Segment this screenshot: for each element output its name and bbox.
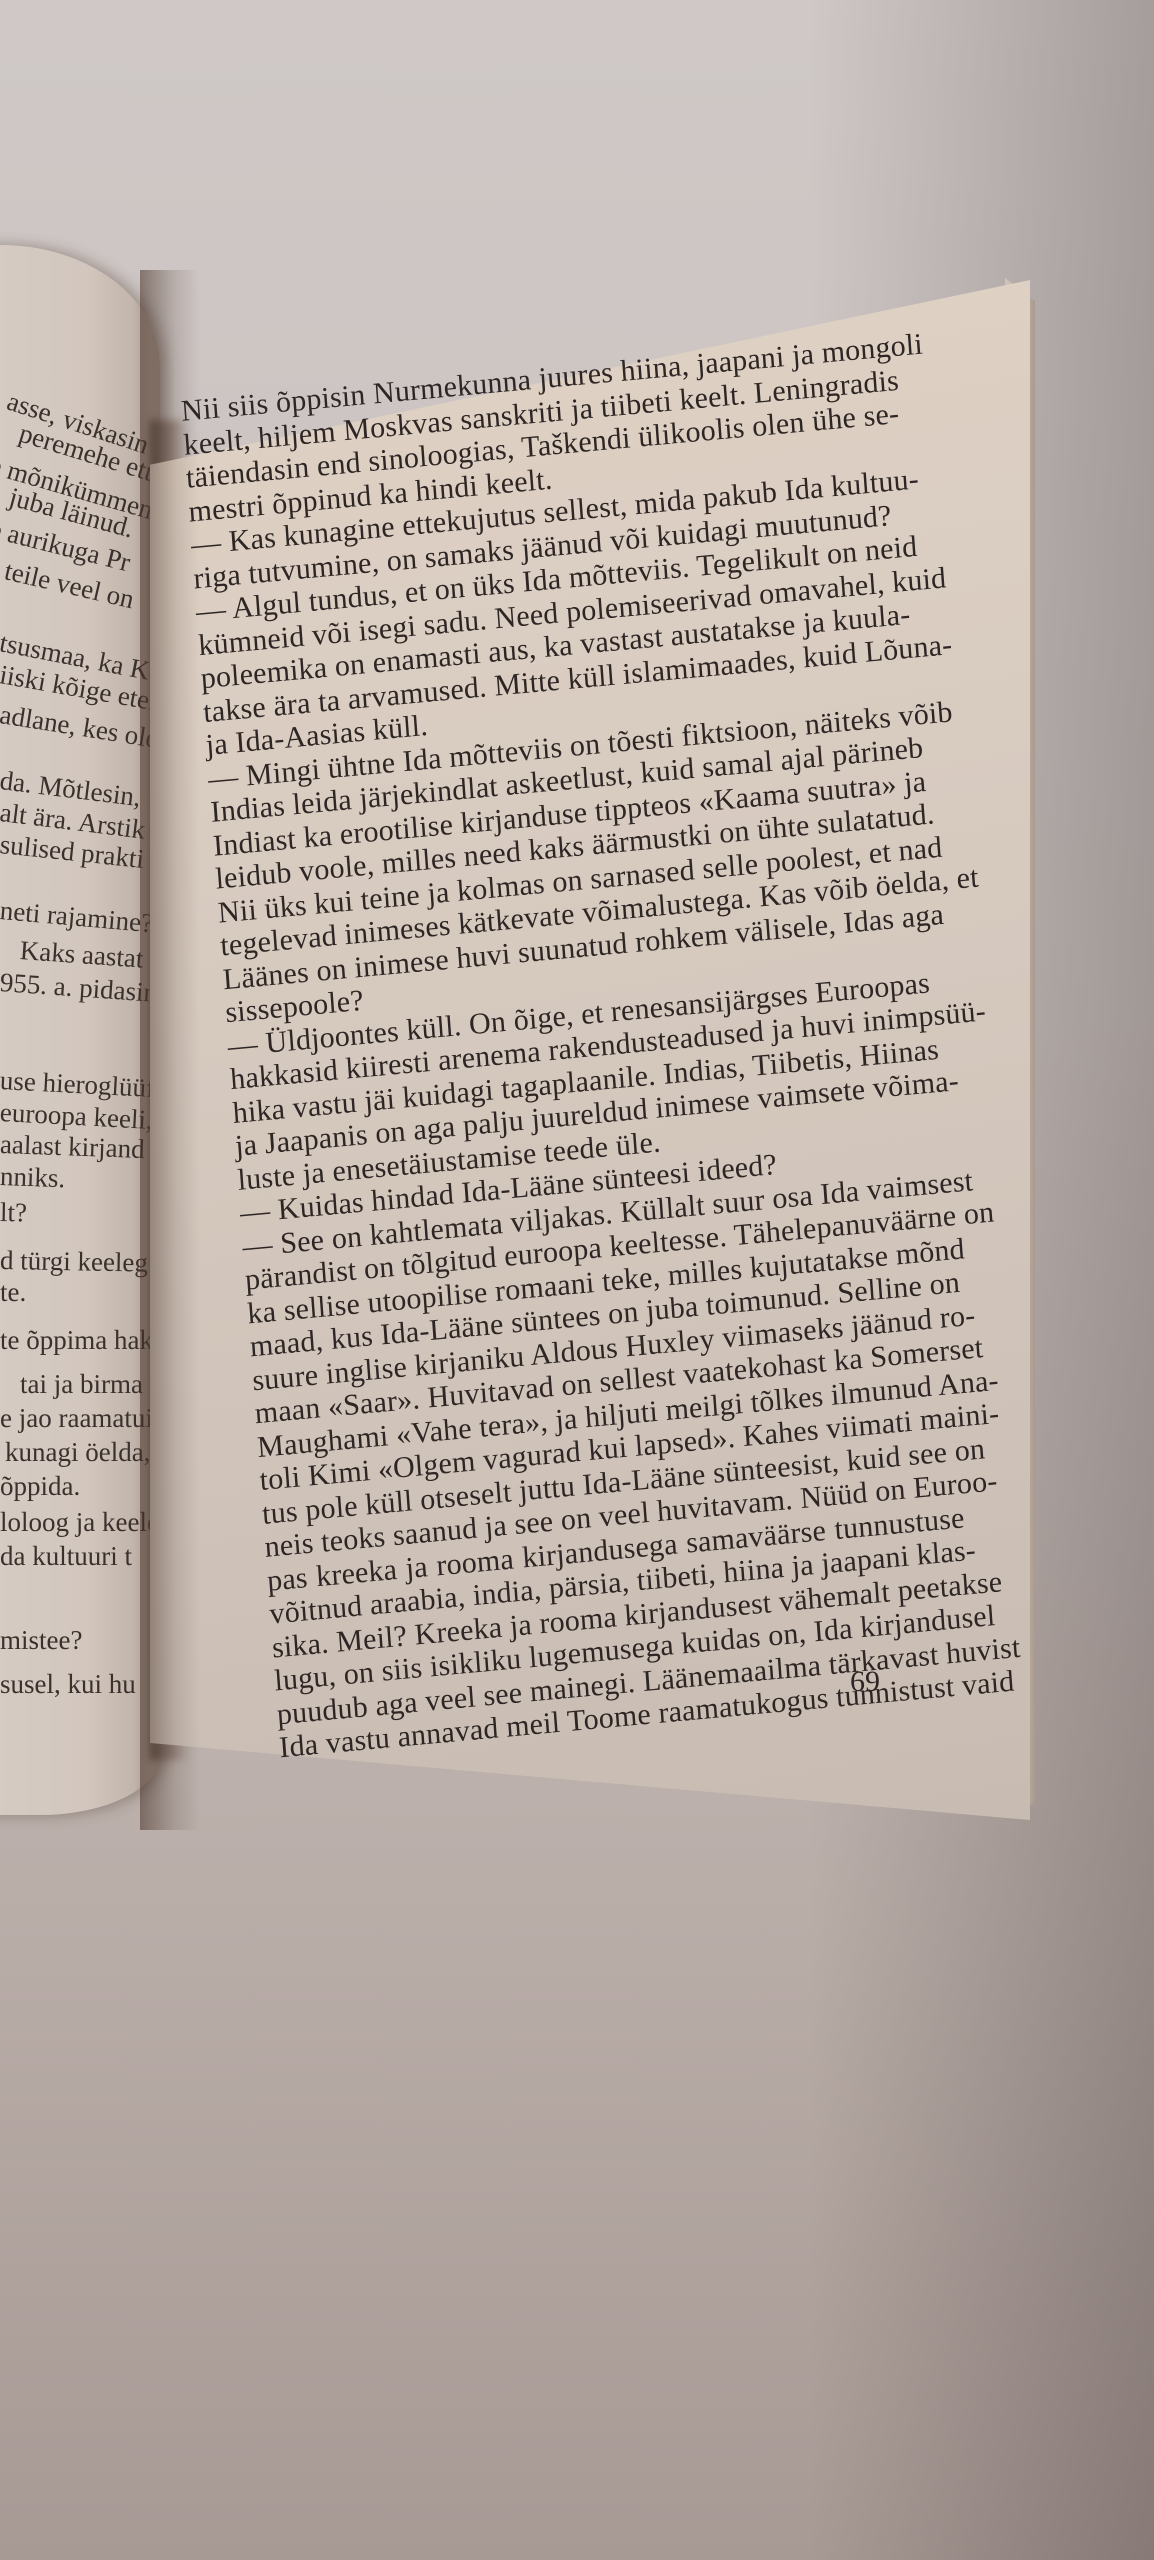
left-page-line: kunagi öelda, e (5, 1437, 160, 1468)
page-number: 69 (850, 1665, 880, 1699)
left-page-line: susel, kui hu (0, 1669, 136, 1700)
left-page: asse, viskasin peremehe ette e mõnikümme… (0, 245, 160, 1815)
left-page-line: lt? (0, 1197, 27, 1228)
left-page-line: aalast kirjand (0, 1129, 145, 1165)
page-text: Nii siis õppisin Nurmekunna juures hiina… (180, 332, 978, 1765)
left-page-line: da kultuuri t (0, 1541, 132, 1572)
left-page-line: mistee? (0, 1625, 82, 1656)
left-page-line: te. (0, 1277, 26, 1308)
left-page-line: e jao raamatuid (0, 1403, 160, 1434)
left-page-line: d türgi keeleg (0, 1245, 148, 1279)
left-page-line: nniks. (0, 1161, 66, 1194)
left-page-line: te õppima hakat (0, 1325, 160, 1356)
left-page-line: loloog ja keele (0, 1507, 159, 1538)
left-page-line: neti rajamine? (0, 895, 154, 939)
left-page-line: tai ja birma (20, 1369, 143, 1400)
left-page-line: õppida. (0, 1471, 80, 1502)
